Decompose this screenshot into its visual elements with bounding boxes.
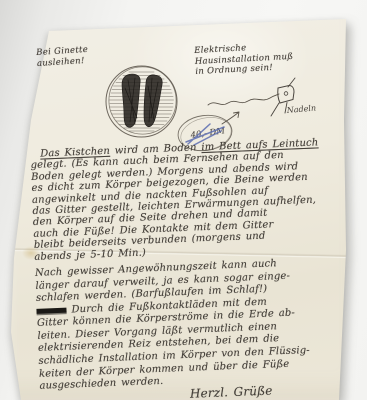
letter-body: Das Kistchen wird am Boden im Bett aufs …	[30, 136, 358, 400]
note-top-left: Bei Ginette ausleihen!	[36, 45, 89, 69]
redaction-bar	[36, 307, 66, 313]
photo-of-handwritten-letter: Bei Ginette ausleihen! Elektrische Hausi…	[0, 0, 367, 400]
note-top-right: Elektrische Hausinstallation muß in Ordn…	[194, 41, 294, 78]
second-paragraph: Nach gewisser Angewöhnungszeit kann auch…	[35, 255, 358, 400]
